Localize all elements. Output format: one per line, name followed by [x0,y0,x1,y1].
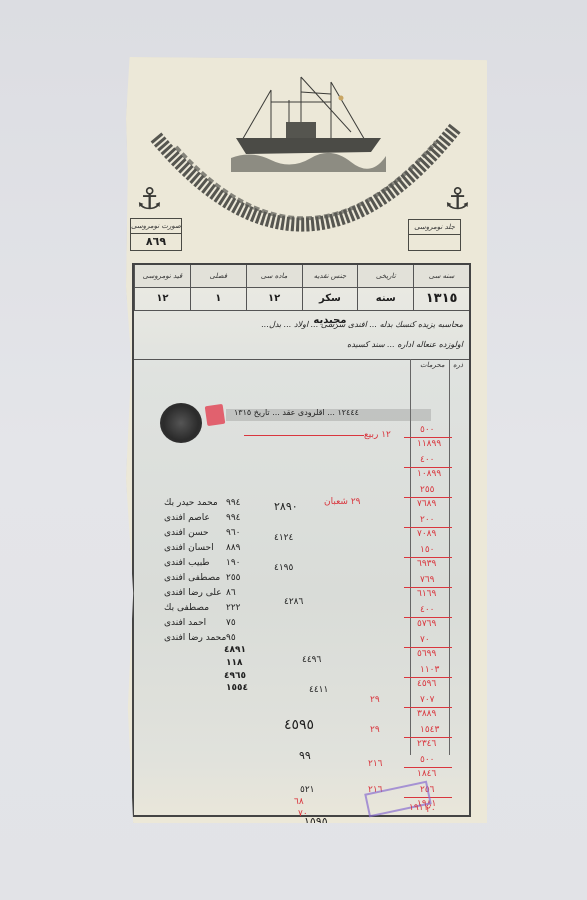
value-article: ١٢ [246,288,302,310]
ledger-header-amount: محرمات [420,361,445,369]
red-amount: ٤٥٩٦ [417,679,436,689]
red-underline [244,435,364,436]
entry-amount: ٩٦٠ [226,528,241,538]
red-amount: ٦٩٣٩ [417,559,436,569]
red-underline [404,707,452,708]
left-anchor-icon: ⚓ [136,185,163,215]
red-underline [404,467,452,468]
red-underline [404,527,452,528]
entry-name: عاصم افندی [164,513,210,523]
red-amount: ٢٠٠ [420,515,435,525]
red-amount: ٣٨٨٩ [417,709,436,719]
value-date: سنه [357,288,413,310]
red-amount: ٧٠ [420,635,430,645]
ink-mark [212,829,219,857]
table-header-row: سنه سی تاریخی جنس نقدیه ماده سی فصلی قید… [134,265,469,288]
header-section: فصلی [190,265,246,287]
red-amount: ٧٠٧ [420,695,435,705]
ledger-top-line: ١٢٤٤٤ ... اقلرودی عقد ... تاریخ ١٣١٥ [234,408,359,417]
red-underline [404,677,452,678]
red-date-note: ٢١٦ [368,759,383,769]
volume-number-label: جلد نومروسی [409,220,460,235]
value-section: ١ [190,288,246,310]
entry-amount: ٩٩٤ [226,498,241,508]
red-date-note: ٢٩ شعبان [324,497,360,507]
red-date-note: ١٢ ربیع [364,430,391,440]
table-value-row: ١٣١٥ سنه سکر مجیدیه ١٢ ١ ١٢ [134,288,469,311]
entry-name: محمد حیدر بك [164,498,218,508]
red-underline [404,557,452,558]
entry-name: محمد رضا افندی [164,633,226,643]
red-underline [404,647,452,648]
mid-figure: ٩٩ [299,749,311,762]
entry-amount: ٧٥ [226,618,236,628]
red-underline [404,497,452,498]
header-date: تاریخی [357,265,413,287]
official-seal [160,403,202,443]
red-amount: ٥٦٩٩ [417,649,436,659]
entry-amount: ٢٥٥ [226,573,241,583]
entry-name: علی رضا افندی [164,588,222,598]
right-anchor-icon: ⚓ [444,185,471,215]
red-underline [404,737,452,738]
receipt-table: سنه سی تاریخی جنس نقدیه ماده سی فصلی قید… [132,263,471,817]
bottom-red-total: ٧٠ [298,809,308,819]
mid-figure: ٤٤٩٦ [302,655,321,665]
red-amount: ١١٨٩٩ [417,439,441,449]
document-paper: ⚓ ⚓ صورت نومروسی ٨٦٩ جلد نومروسی سنه سی … [126,57,487,823]
red-underline [404,617,452,618]
entry-name: احسان افندی [164,543,214,553]
description-text: محاسبه یزیده کنسك بدله ... افندی سرسی ..… [140,315,463,355]
value-currency: سکر مجیدیه [302,288,358,310]
bottom-red-total: ٦٨ [294,797,304,807]
entry-amount: ٨٦ [226,588,236,598]
entry-amount: ٨٨٩ [226,543,241,553]
description-line-2: اولوزده عنعاله اداره ... سند کسیده [140,335,463,355]
copy-number-label: صورت نومروسی [131,219,181,234]
red-amount: ١١٠٣ [420,665,439,675]
header-article: ماده سی [246,265,302,287]
ledger-header-row [134,359,469,374]
red-underline [404,767,452,768]
volume-number-box: جلد نومروسی [408,219,461,251]
red-amount: ٥٠٠ [420,755,435,765]
red-amount: ١٥٤٣ [420,725,439,735]
red-date-note: ٢٩ [370,695,380,705]
entry-name: مصطفی بك [164,603,209,613]
header-currency: جنس نقدیه [302,265,358,287]
mid-figure: ٤١٩٥ [274,563,293,573]
subtotal: ٤٨٩١ [224,645,246,655]
red-amount: ١٠٨٩٩ [417,469,441,479]
red-amount: ٦١٦٩ [417,589,436,599]
mid-figure: ٢٨٩٠ [274,500,298,513]
red-underline [404,437,452,438]
entry-name: طبیب افندی [164,558,210,568]
entry-name: مصطفی افندی [164,573,220,583]
mid-figure: ٤٤١١ [309,685,328,695]
red-amount: ٧٠٨٩ [417,529,436,539]
red-amount: ١٨٤٦ [417,769,436,779]
red-amount: ٧٦٩ [420,575,435,585]
entry-amount: ٩٩٤ [226,513,241,523]
copy-number-box: صورت نومروسی ٨٦٩ [130,218,182,251]
header-year: سنه سی [413,265,469,287]
mid-figure: ٤٥٩٥ [284,717,314,733]
red-date-note: ٢٩ [370,725,380,735]
red-underline [404,587,452,588]
entry-name: حسن افندی [164,528,209,538]
red-amount: ٧٦٨٩ [417,499,436,509]
subtotal: ١٥٥٤ [226,683,248,693]
value-record-number: ١٢ [134,288,190,310]
entry-amount: ٢٢٢ [226,603,241,613]
value-year: ١٣١٥ [413,288,469,310]
red-amount: ٤٠٠ [420,605,435,615]
red-amount: ٥٠٠ [420,425,435,435]
subtotal: ٤٩٦٥ [224,671,246,681]
entry-name: احمد افندی [164,618,206,628]
mid-figure: ٥٢١ [300,785,315,795]
entry-amount: ١٩٠ [226,558,241,568]
header-record-number: قید نومروسی [134,265,190,287]
red-stamp [205,404,226,426]
copy-number-value: ٨٦٩ [131,234,181,249]
subtotal: ١١٨ [226,658,242,668]
red-amount: ٤٠٠ [420,455,435,465]
red-amount: ٢٥٥ [420,485,435,495]
ledger-header-index: ذره [453,361,463,369]
mid-figure: ٤١٢٤ [274,533,293,543]
mid-figure: ٤٢٨٦ [284,597,303,607]
final-red-total: ١٩١١ [409,803,428,813]
description-line-1: محاسبه یزیده کنسك بدله ... افندی سرسی ..… [140,315,463,335]
entry-amount: ٩٥ [226,633,236,643]
red-amount: ١٥٠ [420,545,435,555]
red-amount: ٢٣٤٦ [417,739,436,749]
red-amount: ٥٧٦٩ [417,619,436,629]
